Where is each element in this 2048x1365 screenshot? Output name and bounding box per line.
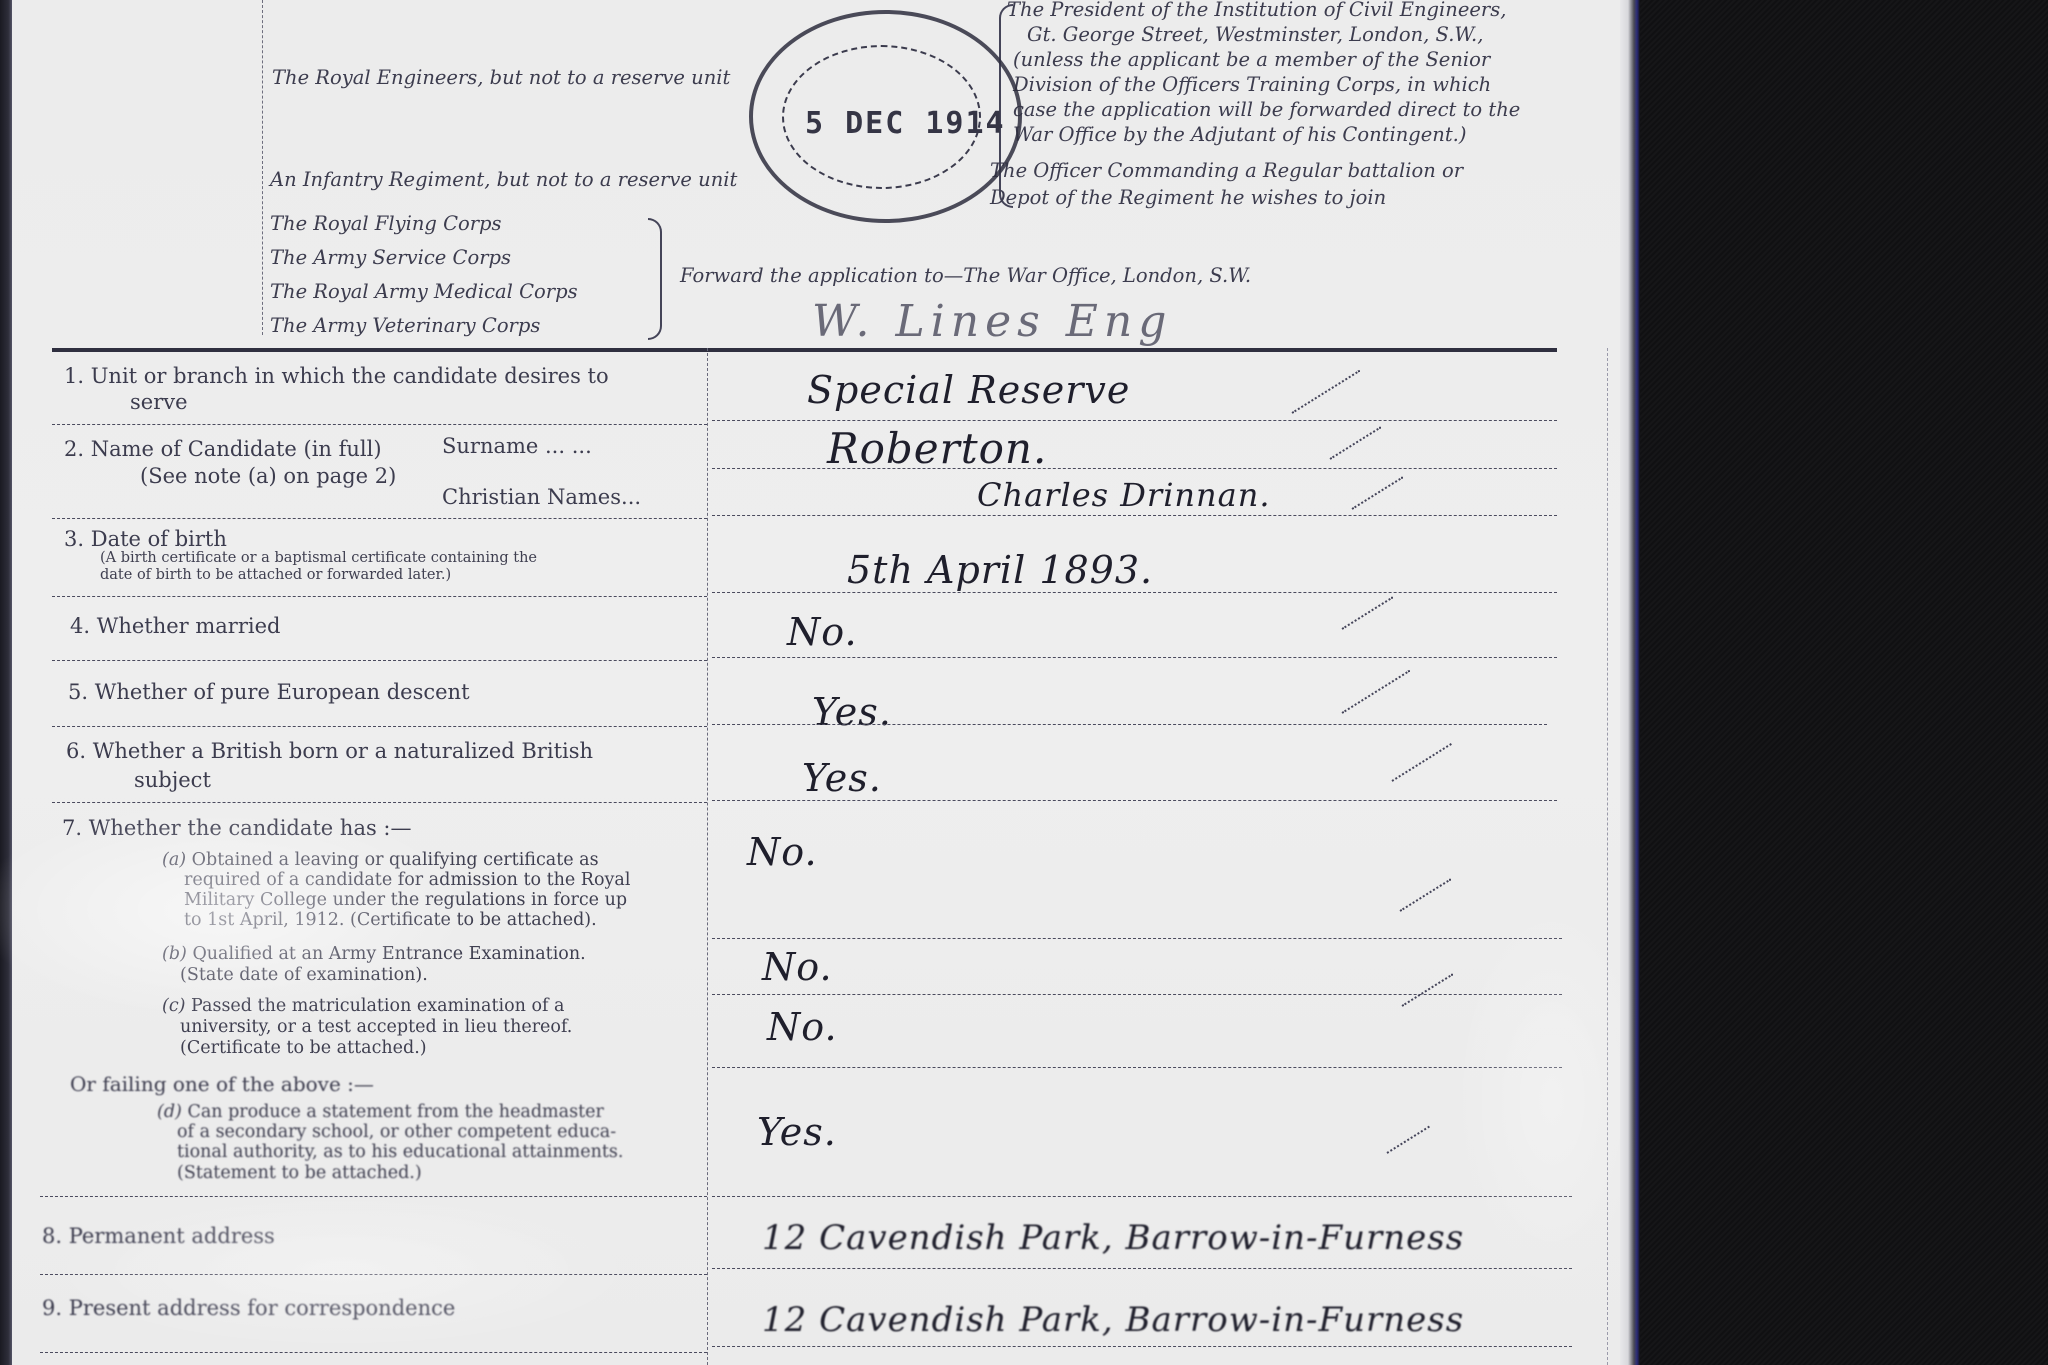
form-page: The Royal Engineers, but not to a reserv…: [12, 0, 1637, 1365]
check-mark: [1291, 370, 1360, 414]
sleeve-edge: [1620, 0, 1640, 1365]
row-rule: [52, 596, 707, 597]
christian-names-label: Christian Names...: [442, 485, 641, 509]
column-divider: [707, 348, 708, 1365]
check-mark: [1341, 596, 1393, 629]
row-rule: [712, 592, 1557, 593]
question-9-label: 9. Present address for correspondence: [42, 1296, 455, 1320]
question-2-label: 2. Name of Candidate (in full): [64, 437, 382, 461]
table-top-rule: [52, 348, 1557, 352]
check-mark: [1329, 426, 1381, 459]
answer-european-descent: Yes.: [812, 690, 892, 734]
answer-christian-names: Charles Drinnan.: [977, 476, 1271, 514]
check-mark: [1341, 670, 1410, 714]
answer-7d: Yes.: [757, 1110, 837, 1154]
question-3-label: 3. Date of birth: [64, 527, 227, 551]
check-mark: [1386, 1126, 1429, 1154]
failing-label: Or failing one of the above :—: [70, 1072, 374, 1096]
row-rule: [52, 424, 707, 425]
question-7-label: 7. Whether the candidate has :—: [62, 816, 412, 840]
right-border: [1607, 348, 1608, 1365]
row-rule: [40, 1352, 707, 1353]
row-rule: [712, 1346, 1572, 1347]
row-rule: [712, 938, 1562, 939]
question-4-label: 4. Whether married: [70, 614, 280, 638]
answer-permanent-address: 12 Cavendish Park, Barrow-in-Furness: [762, 1218, 1464, 1258]
row-rule: [52, 802, 707, 803]
row-rule: [52, 726, 707, 727]
answer-correspondence-address: 12 Cavendish Park, Barrow-in-Furness: [762, 1300, 1464, 1340]
row-rule: [40, 1274, 707, 1275]
answer-7a: No.: [747, 830, 818, 874]
routing-royal-engineers: The Royal Engineers, but not to a reserv…: [272, 66, 730, 89]
answer-married: No.: [787, 610, 858, 654]
row-rule: [52, 660, 707, 661]
sleeve-reflection: [42, 1190, 642, 1350]
row-rule: [712, 420, 1557, 421]
answer-surname: Roberton.: [827, 424, 1047, 473]
background-cloth: [1640, 0, 2048, 1365]
row-rule: [40, 1196, 707, 1197]
row-rule: [712, 1067, 1562, 1068]
answer-7c: No.: [767, 1005, 838, 1049]
check-mark: [1351, 476, 1403, 509]
answer-unit: Special Reserve: [807, 368, 1130, 412]
question-5-label: 5. Whether of pure European descent: [68, 680, 470, 704]
corps-forward-instruction: Forward the application to—The War Offic…: [680, 264, 1251, 287]
question-1-label: 1. Unit or branch in which the candidate…: [64, 364, 609, 388]
check-mark: [1391, 743, 1451, 782]
row-rule: [712, 468, 1557, 469]
row-rule: [712, 1268, 1572, 1269]
postmark-date: 5 DEC 1914: [805, 106, 1006, 141]
corps-brace: [648, 218, 662, 340]
handwritten-signature-marks: W. Lines Eng: [812, 296, 1172, 347]
answer-7b: No.: [762, 945, 833, 989]
answer-british-subject: Yes.: [802, 756, 882, 800]
check-mark: [1399, 878, 1451, 911]
routing-infantry: An Infantry Regiment, but not to a reser…: [270, 168, 737, 191]
question-6-label: 6. Whether a British born or a naturaliz…: [66, 739, 593, 763]
row-rule: [52, 518, 707, 519]
row-rule: [712, 657, 1557, 658]
answer-date-of-birth: 5th April 1893.: [847, 548, 1153, 592]
routing-vertical-rule: [262, 0, 263, 335]
check-mark: [1401, 973, 1453, 1006]
row-rule: [712, 515, 1557, 516]
row-rule: [712, 800, 1557, 801]
row-rule: [712, 1196, 1572, 1197]
surname-label: Surname ... ...: [442, 434, 592, 458]
question-8-label: 8. Permanent address: [42, 1224, 275, 1248]
row-rule: [712, 994, 1562, 995]
row-rule: [712, 724, 1547, 725]
